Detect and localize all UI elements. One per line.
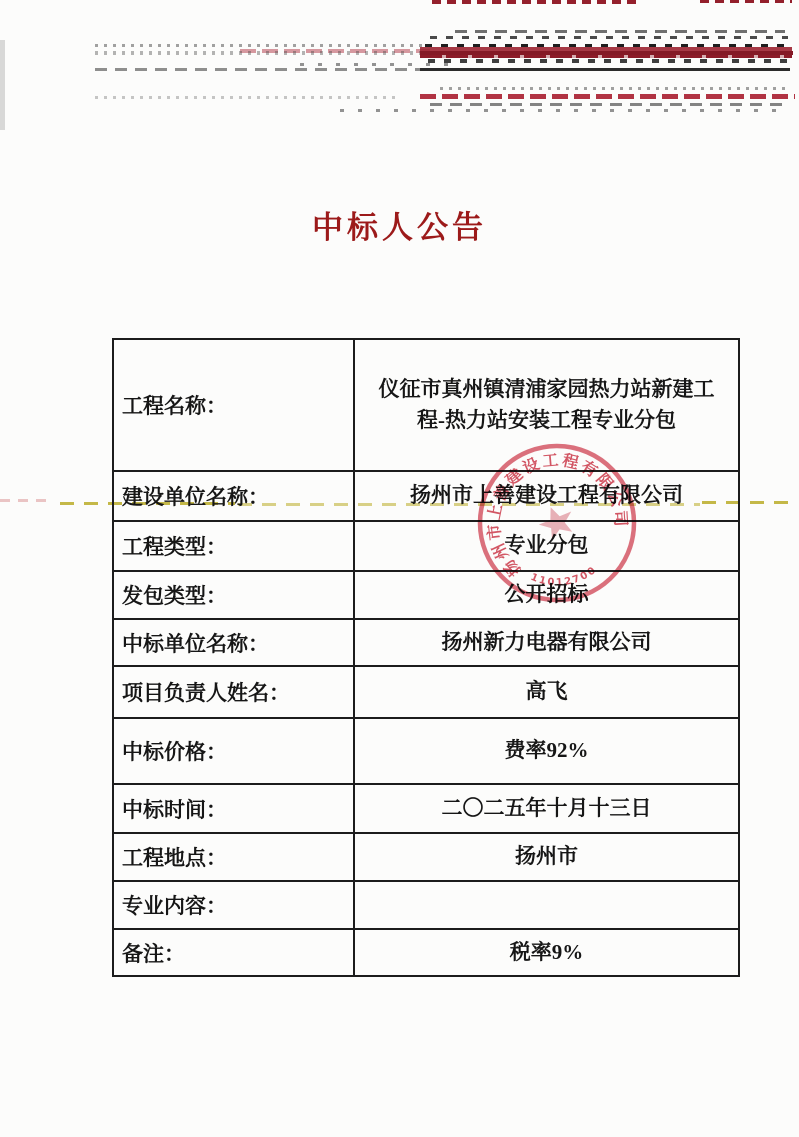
- scan-artifact: [455, 30, 785, 33]
- scan-artifact: [425, 44, 793, 47]
- table-row: 备注： 税率9%: [113, 929, 739, 976]
- scan-artifact: [420, 51, 793, 55]
- row-label: 工程名称：: [113, 339, 354, 471]
- row-value: 扬州市: [354, 833, 739, 881]
- table-row: 中标时间： 二〇二五年十月十三日: [113, 784, 739, 833]
- scan-artifact: [420, 55, 792, 58]
- scan-artifact: [240, 49, 430, 53]
- row-label: 中标价格：: [113, 718, 354, 784]
- company-seal: 扬州市上善建设工程有限公司 11012700: [471, 437, 643, 609]
- scan-artifact: [430, 103, 788, 106]
- seal-company-text: 扬州市上善建设工程有限公司: [471, 437, 637, 583]
- row-label: 工程地点：: [113, 833, 354, 881]
- scanned-document-page: 中标人公告 工程名称： 仪征市真州镇清浦家园热力站新建工程-热力站安装工程专业分…: [0, 0, 799, 1137]
- announcement-table: 工程名称： 仪征市真州镇清浦家园热力站新建工程-热力站安装工程专业分包 建设单位…: [112, 338, 740, 977]
- table-row: 中标价格： 费率92%: [113, 718, 739, 784]
- row-label: 中标单位名称：: [113, 619, 354, 666]
- scan-artifact: [420, 68, 790, 71]
- row-value: 税率9%: [354, 929, 739, 976]
- row-label: 发包类型：: [113, 571, 354, 619]
- scan-artifact: [300, 63, 460, 66]
- scan-artifact: [95, 44, 435, 47]
- row-value: 高飞: [354, 666, 739, 718]
- scan-artifact: [428, 59, 788, 63]
- scan-artifact: [432, 0, 637, 4]
- scan-artifact: [95, 68, 425, 71]
- row-label: 备注：: [113, 929, 354, 976]
- row-label: 建设单位名称：: [113, 471, 354, 521]
- scan-artifact: [440, 87, 788, 90]
- scan-artifact: [340, 109, 790, 112]
- row-value: 二〇二五年十月十三日: [354, 784, 739, 833]
- row-value: 扬州新力电器有限公司: [354, 619, 739, 666]
- row-label: 工程类型：: [113, 521, 354, 571]
- row-value: 费率92%: [354, 718, 739, 784]
- table-row: 工程名称： 仪征市真州镇清浦家园热力站新建工程-热力站安装工程专业分包: [113, 339, 739, 471]
- row-label: 项目负责人姓名：: [113, 666, 354, 718]
- scan-artifact: [0, 40, 5, 130]
- scan-artifact: [700, 0, 792, 3]
- table-row: 工程类型： 专业分包: [113, 521, 739, 571]
- scan-artifact: [0, 499, 48, 502]
- scan-artifact: [420, 47, 792, 51]
- scan-artifact: [95, 96, 395, 99]
- table-row: 中标单位名称： 扬州新力电器有限公司: [113, 619, 739, 666]
- table-row: 专业内容：: [113, 881, 739, 929]
- row-value: [354, 881, 739, 929]
- svg-text:扬州市上善建设工程有限公司: 扬州市上善建设工程有限公司: [471, 437, 637, 583]
- scan-artifact: [420, 94, 795, 99]
- page-title: 中标人公告: [0, 202, 799, 247]
- table-row: 发包类型： 公开招标: [113, 571, 739, 619]
- scan-artifact: [430, 36, 788, 39]
- table-row: 工程地点： 扬州市: [113, 833, 739, 881]
- row-label: 专业内容：: [113, 881, 354, 929]
- star-icon: [534, 501, 578, 543]
- table-row: 项目负责人姓名： 高飞: [113, 666, 739, 718]
- scan-artifact: [95, 51, 425, 55]
- row-label: 中标时间：: [113, 784, 354, 833]
- table-row: 建设单位名称： 扬州市上善建设工程有限公司: [113, 471, 739, 521]
